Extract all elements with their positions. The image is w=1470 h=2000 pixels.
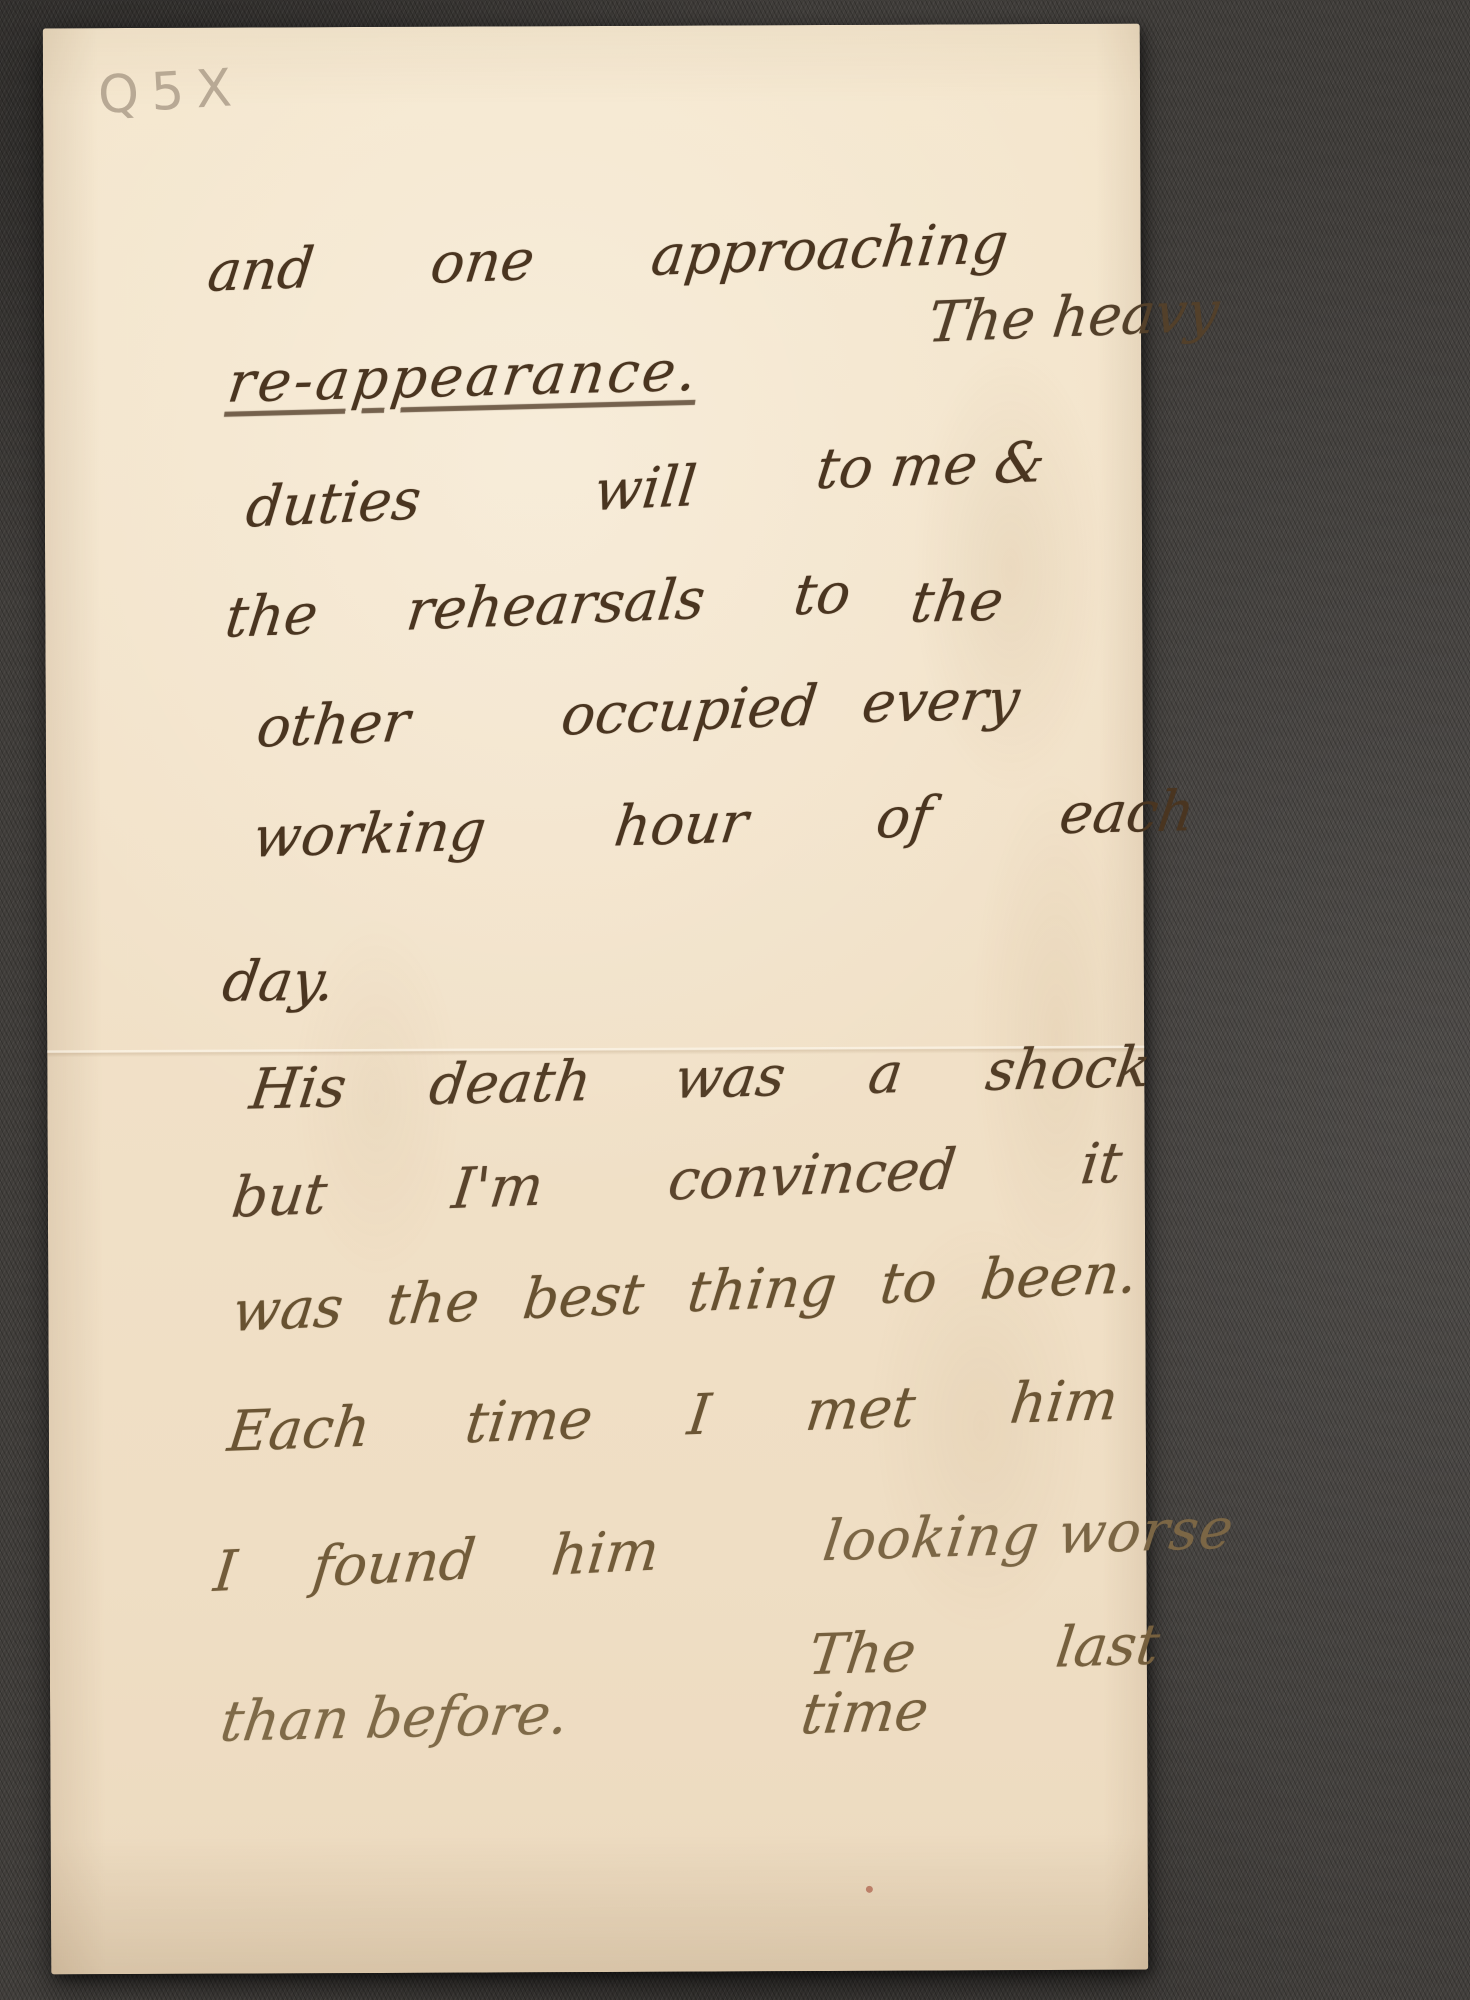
ink-line-6a: working hour of: [250, 789, 935, 869]
ink-line-7: day.: [219, 953, 339, 1012]
photograph-background: Q5X and one approaching re-appearance. T…: [0, 0, 1470, 2000]
ink-line-4b: the: [907, 573, 1007, 634]
ink-line-9: but I'm convinced it: [229, 1135, 1125, 1229]
ink-line-11: Each time I met him: [225, 1372, 1122, 1463]
ink-line-6b: each: [1056, 783, 1198, 845]
ink-line-1: and one approaching: [204, 215, 1011, 303]
ink-line-3b: to me &: [813, 433, 1075, 500]
ink-line-10: was the best thing to been.: [229, 1245, 1140, 1343]
ink-line-2a: re-appearance.: [224, 343, 703, 414]
pencil-inscription: Q5X: [96, 58, 245, 126]
ink-line-13b: The last time: [798, 1616, 1163, 1745]
ink-line-12b: looking worse: [820, 1503, 1167, 1572]
ink-line-3a: duties will: [243, 458, 699, 539]
ink-line-5b: every: [859, 671, 1023, 733]
ink-line-2b: The heavy: [925, 283, 1222, 354]
ink-line-5a: other occupied: [254, 677, 821, 758]
ink-line-12a: I found him: [211, 1522, 662, 1603]
letter-page: Q5X and one approaching re-appearance. T…: [43, 24, 1148, 1975]
ink-line-13a: than before.: [217, 1686, 570, 1753]
foxing-spot: [866, 1886, 873, 1893]
ink-line-4a: the rehearsals to: [222, 565, 854, 649]
